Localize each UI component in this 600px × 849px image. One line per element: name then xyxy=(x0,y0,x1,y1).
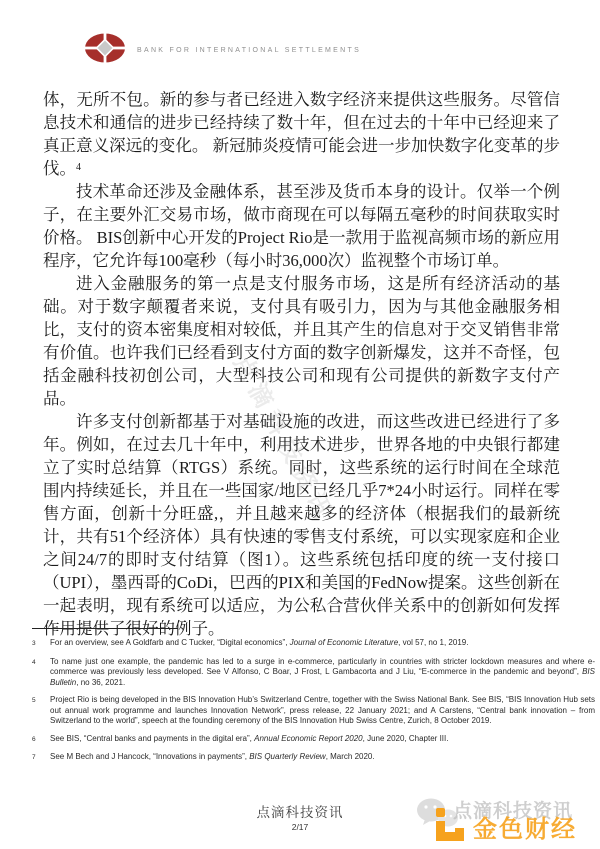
footnote-segment: Project Rio is being developed in the BI… xyxy=(50,695,595,725)
footnote: 3For an overview, see A Goldfarb and C T… xyxy=(32,638,595,650)
footnote-number: 3 xyxy=(32,638,50,650)
footnote-segment: See BIS, “Central banks and payments in … xyxy=(50,734,254,743)
footnote-citation-title: Annual Economic Report 2020 xyxy=(254,734,363,743)
footnote-number: 4 xyxy=(32,657,50,689)
footnote-text: See M Bech and J Hancock, “Innovations i… xyxy=(50,752,595,764)
body-paragraph: 技术革命还涉及金融体系，甚至涉及货币本身的设计。仅举一个例子，在主要外汇交易市场… xyxy=(43,180,560,272)
footnote-text: Project Rio is being developed in the BI… xyxy=(50,695,595,727)
body-paragraph: 体，无所不包。新的参与者已经进入数字经济来提供这些服务。尽管信息技术和通信的进步… xyxy=(43,88,560,180)
bis-logo-wordmark: BANK FOR INTERNATIONAL SETTLEMENTS xyxy=(137,47,361,54)
footnote-segment: For an overview, see A Goldfarb and C Tu… xyxy=(50,638,290,647)
body-paragraphs: 体，无所不包。新的参与者已经进入数字经济来提供这些服务。尽管信息技术和通信的进步… xyxy=(43,88,560,640)
body-paragraph: 进入金融服务的第一点是支付服务市场，这是所有经济活动的基础。对于数字颠覆者来说，… xyxy=(43,272,560,410)
bis-logo-icon xyxy=(84,32,128,66)
footnote: 7See M Bech and J Hancock, “Innovations … xyxy=(32,752,595,764)
page-header: BANK FOR INTERNATIONAL SETTLEMENTS xyxy=(84,31,361,67)
footnote-segment: See M Bech and J Hancock, “Innovations i… xyxy=(50,752,249,761)
footnote-citation-title: BIS Quarterly Review xyxy=(249,752,325,761)
footnote-number: 5 xyxy=(32,695,50,727)
footnote-citation-title: Journal of Economic Literature xyxy=(290,638,399,647)
footnote-segment: , June 2020, Chapter III. xyxy=(363,734,449,743)
footnote-reference: 4 xyxy=(76,162,81,173)
footnote-number: 7 xyxy=(32,752,50,764)
footnote: 6See BIS, “Central banks and payments in… xyxy=(32,734,595,746)
footnote-segment: , March 2020. xyxy=(326,752,375,761)
footnote-text: To name just one example, the pandemic h… xyxy=(50,657,595,689)
footnote-text: For an overview, see A Goldfarb and C Tu… xyxy=(50,638,595,650)
footnote-rule xyxy=(32,628,178,629)
footnote-segment: , no 36, 2021. xyxy=(76,678,125,687)
body-paragraph: 许多支付创新都基于对基础设施的改进，而这些改进已经进行了多年。例如，在过去几十年… xyxy=(43,410,560,640)
footnotes-list: 3For an overview, see A Goldfarb and C T… xyxy=(0,638,600,764)
footnote-section: 3For an overview, see A Goldfarb and C T… xyxy=(0,617,600,771)
footnote-number: 6 xyxy=(32,734,50,746)
footer-page-number: 2/17 xyxy=(0,822,600,832)
footnote-segment: , vol 57, no 1, 2019. xyxy=(398,638,468,647)
footnote: 4To name just one example, the pandemic … xyxy=(32,657,595,689)
footnote-segment: To name just one example, the pandemic h… xyxy=(50,657,595,677)
document-page: BANK FOR INTERNATIONAL SETTLEMENTS 体，无所不… xyxy=(0,0,600,849)
footnote-text: See BIS, “Central banks and payments in … xyxy=(50,734,595,746)
footnote: 5Project Rio is being developed in the B… xyxy=(32,695,595,727)
footer-site-name: 点滴科技资讯 xyxy=(0,801,600,821)
